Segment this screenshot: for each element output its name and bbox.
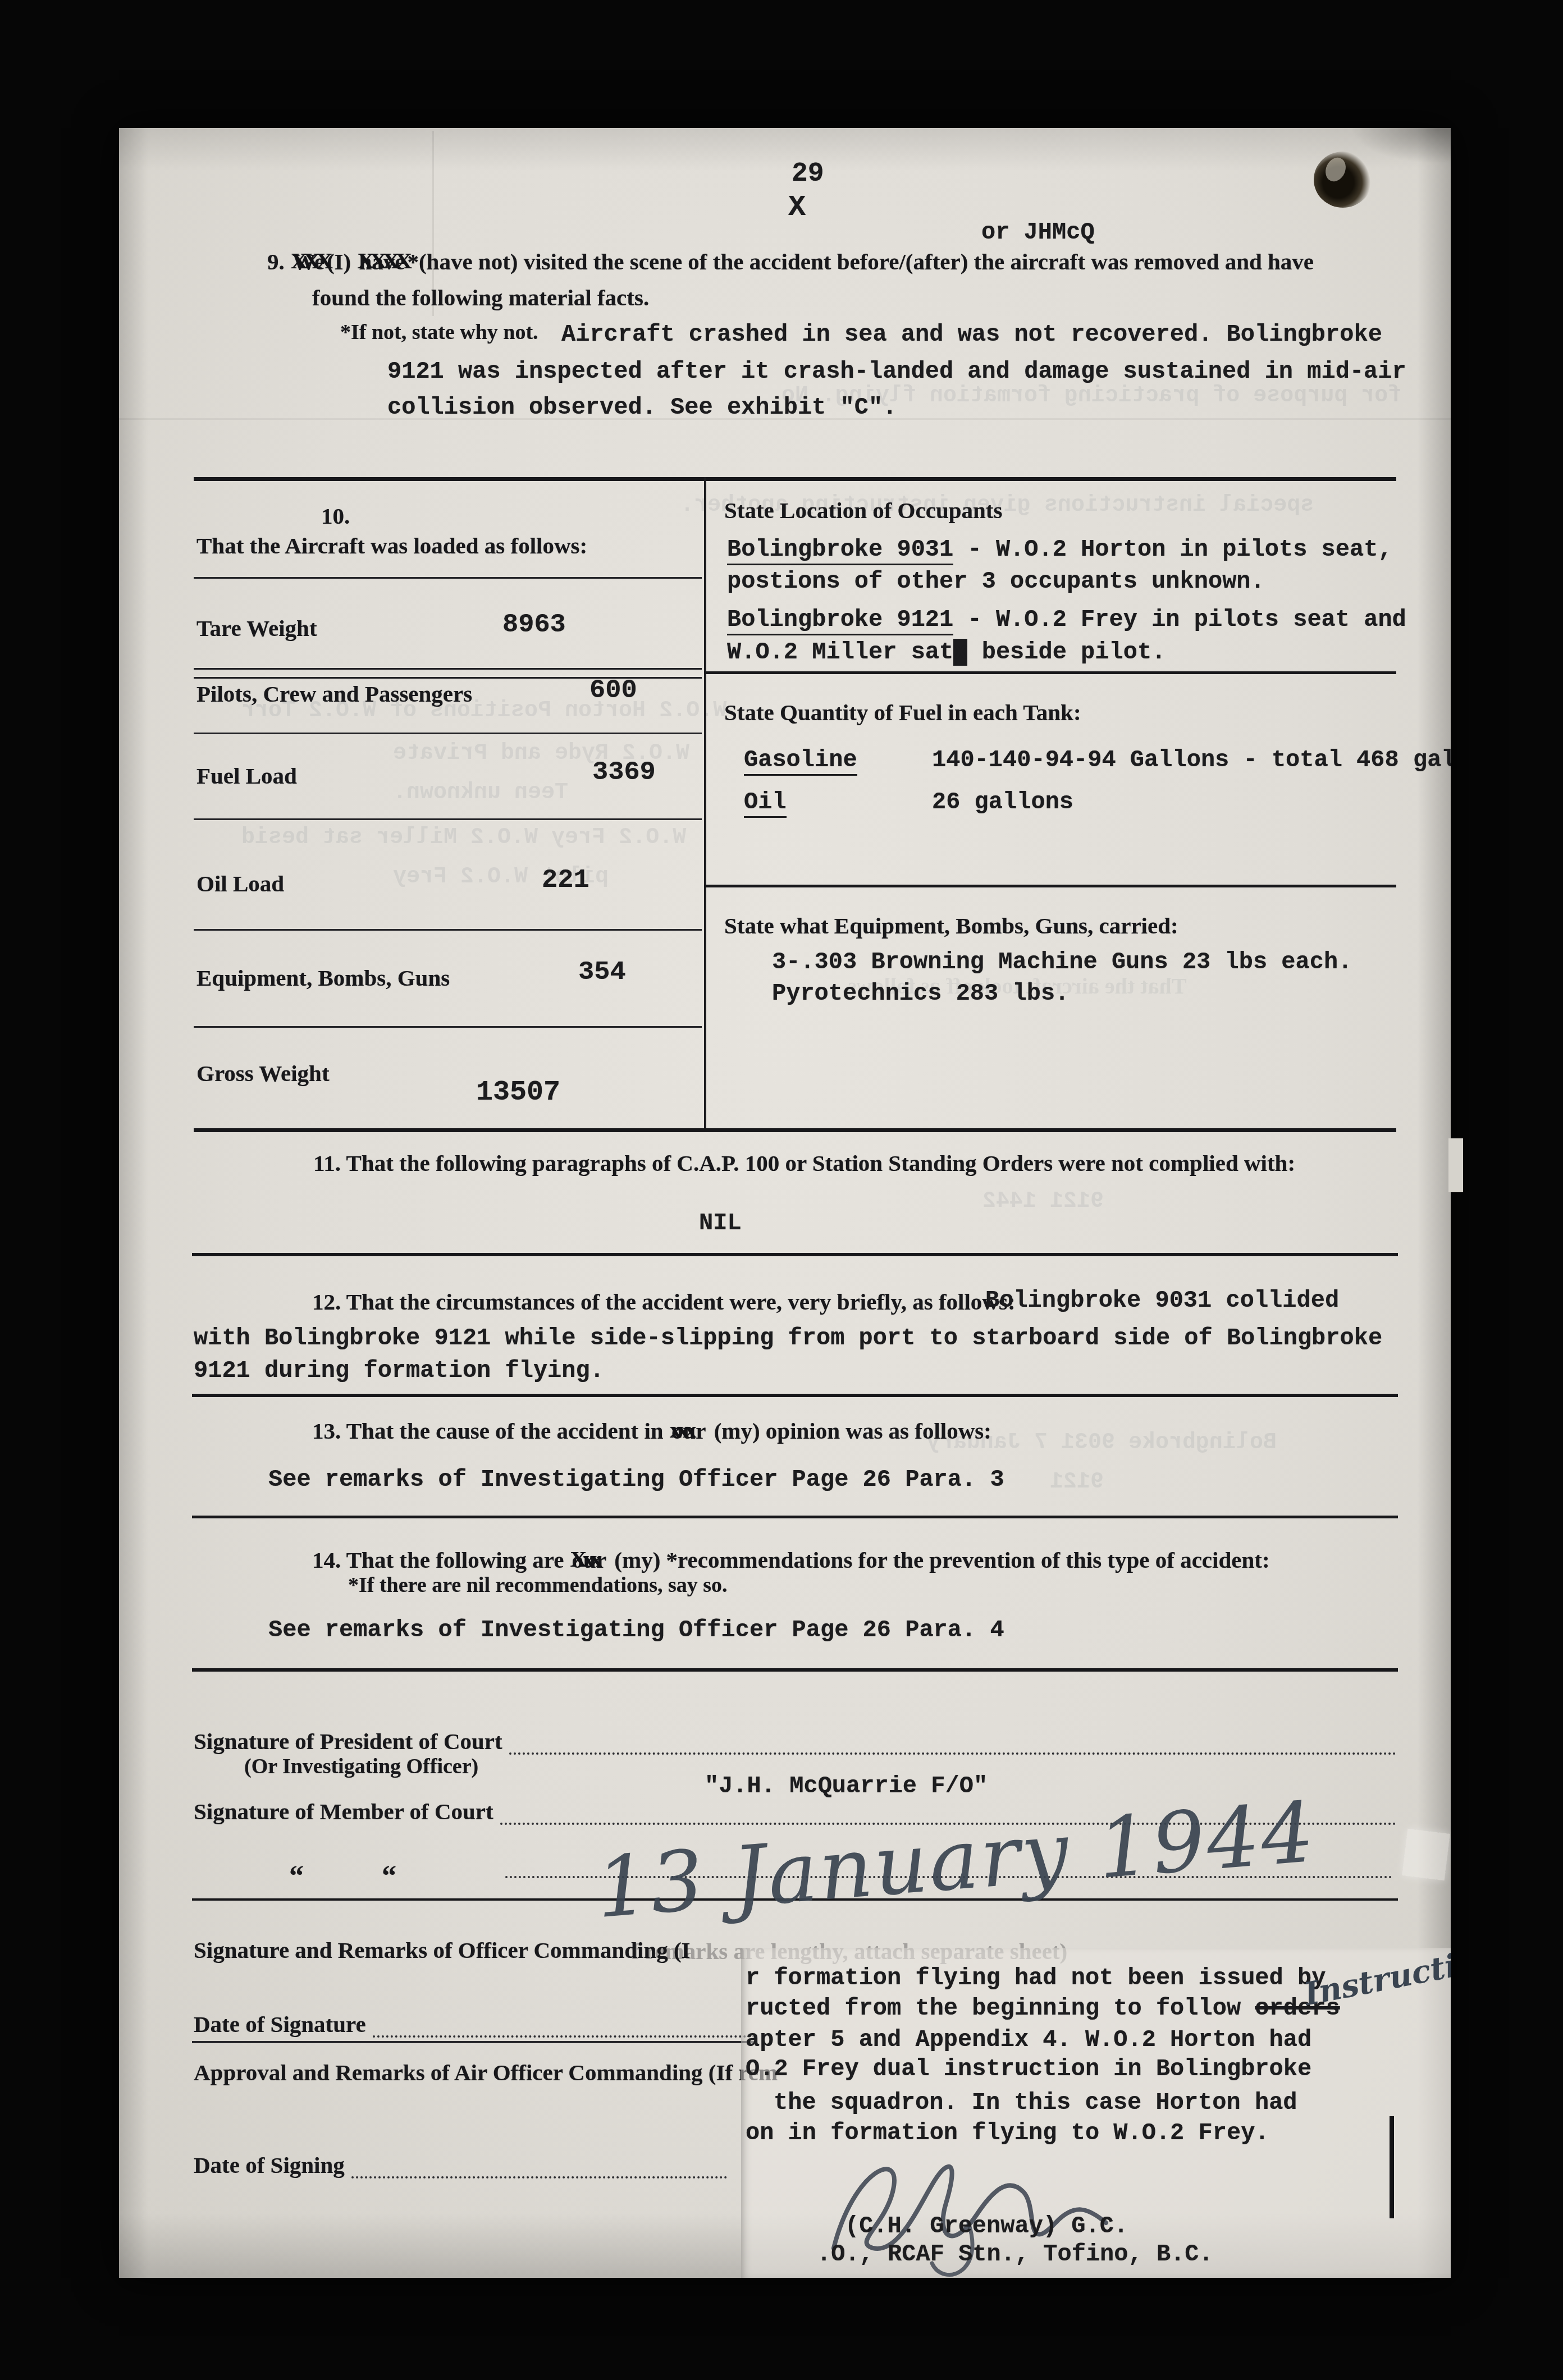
item13-answer: See remarks of Investigating Officer Pag… bbox=[268, 1466, 1004, 1493]
approval-label: Approval and Remarks of Air Officer Comm… bbox=[194, 2059, 790, 2086]
item14-answer: See remarks of Investigating Officer Pag… bbox=[268, 1617, 1004, 1644]
loading-row-value: 221 bbox=[542, 866, 589, 895]
page-edge-tab bbox=[1448, 1138, 1463, 1192]
loading-row-value: 354 bbox=[578, 958, 626, 987]
signed-name-typed: (C.H. Greenway) G.C. bbox=[845, 2213, 1128, 2240]
ditto-mark: “ bbox=[382, 1860, 396, 1893]
item12-typed-line2: with Bolingbroke 9121 while side-slippin… bbox=[194, 1325, 1382, 1352]
equipment-line2: Pyrotechnics 283 lbs. bbox=[772, 980, 1069, 1007]
item12-label: 12. That the circumstances of the accide… bbox=[312, 1288, 1016, 1315]
struck-word: haveXXXX bbox=[359, 248, 405, 275]
occupants-heading: State Location of Occupants bbox=[724, 497, 1002, 524]
date-of-signing-label: Date of Signing bbox=[194, 2152, 345, 2178]
member-signature-label: Signature of Member of Court bbox=[194, 1798, 493, 1825]
section-divider bbox=[192, 1668, 1398, 1672]
president-signature-sublabel: (Or Investigating Officer) bbox=[244, 1754, 478, 1779]
row-divider bbox=[194, 577, 702, 579]
row-divider bbox=[194, 733, 702, 734]
item9-footnote: *If not, state why not. bbox=[340, 320, 538, 345]
remarks-typed-line1: r formation flying had not been issued b… bbox=[746, 1965, 1326, 1992]
table-column-divider bbox=[704, 477, 706, 1132]
table-top-border bbox=[194, 477, 1396, 481]
item10-number: 10. bbox=[321, 502, 350, 529]
loading-row-value: 3369 bbox=[592, 758, 656, 788]
section-divider bbox=[192, 1394, 1398, 1397]
signed-unit-typed: .O., RCAF Stn., Tofino, B.C. bbox=[817, 2241, 1213, 2268]
president-signature-label: Signature of President of Court bbox=[194, 1728, 502, 1755]
item9-typed-answer-line3: collision observed. See exhibit "C". bbox=[387, 394, 897, 421]
fuel-gasoline-label: Gasoline bbox=[744, 747, 857, 774]
struck-word: ourXxx bbox=[572, 1546, 607, 1573]
loading-row-value: 13507 bbox=[476, 1077, 560, 1109]
date-of-signing-row: Date of Signing bbox=[194, 2152, 727, 2178]
item13-label: 13. That the cause of the accident in ou… bbox=[312, 1417, 991, 1444]
item14-label: 14. That the following are ourXxx (my) *… bbox=[312, 1546, 1270, 1573]
item12-typed-line1: Bolingbroke 9031 collided bbox=[985, 1287, 1339, 1314]
section-divider bbox=[192, 1516, 1398, 1518]
item9-typed-answer-line2: 9121 was inspected after it crash-landed… bbox=[387, 358, 1406, 385]
item11-answer: NIL bbox=[699, 1210, 742, 1237]
scanned-accident-report: for purpose of practicing formation flyi… bbox=[0, 0, 1563, 2380]
remarks-typed-line4: O.2 Frey dual instruction in Bolingbroke bbox=[746, 2056, 1311, 2082]
section-divider bbox=[704, 671, 1396, 674]
item9-line2: found the following material facts. bbox=[312, 284, 649, 311]
struck-word: WeXXX bbox=[293, 248, 325, 275]
item11-label: 11. That the following paragraphs of C.A… bbox=[313, 1150, 1295, 1177]
loading-row-label: Gross Weight bbox=[196, 1060, 330, 1087]
remarks-typed-line3: apter 5 and Appendix 4. W.O.2 Horton had bbox=[746, 2026, 1311, 2053]
loading-row-label: Pilots, Crew and Passengers bbox=[196, 680, 472, 707]
section-divider bbox=[192, 1253, 1398, 1256]
remarks-typed-line5: the squadron. In this case Horton had bbox=[774, 2089, 1297, 2116]
attached-remarks-slip: r formation flying had not been issued b… bbox=[741, 1948, 1451, 2278]
loading-row-label: Fuel Load bbox=[196, 762, 297, 789]
dotted-leader bbox=[351, 2171, 727, 2178]
fuel-gasoline-value: 140-140-94-94 Gallons - total 468 gallon… bbox=[932, 747, 1451, 774]
loading-row-label: Tare Weight bbox=[196, 615, 317, 642]
item12-typed-line3: 9121 during formation flying. bbox=[194, 1357, 604, 1384]
member-signature-typed-name: "J.H. McQuarrie F/O" bbox=[705, 1773, 988, 1800]
bleed-through-text: 9121 bbox=[1050, 1470, 1104, 1495]
loading-heading: That the Aircraft was loaded as follows: bbox=[196, 532, 587, 559]
bleed-through-text: Teen unknown. bbox=[393, 780, 568, 805]
item14-footnote: *If there are nil recommendations, say s… bbox=[348, 1573, 728, 1598]
loading-row-value: 600 bbox=[589, 676, 637, 706]
row-divider bbox=[194, 1026, 702, 1028]
fuel-heading: State Quantity of Fuel in each Tank: bbox=[724, 699, 1081, 726]
table-bottom-border bbox=[194, 1128, 1396, 1132]
row-divider bbox=[194, 818, 702, 820]
equipment-heading: State what Equipment, Bombs, Guns, carri… bbox=[724, 912, 1178, 939]
tape-wrinkle bbox=[1402, 1829, 1450, 1881]
left-rule bbox=[192, 2041, 756, 2043]
document-page: for purpose of practicing formation flyi… bbox=[119, 128, 1451, 2278]
equipment-line1: 3-.303 Browning Machine Guns 23 lbs each… bbox=[772, 949, 1352, 976]
bleed-through-text: W.O.2 Frey W.O.2 Miller sat besid bbox=[241, 825, 686, 850]
initials-annotation: or JHMcQ bbox=[981, 219, 1095, 246]
struck-word: ourxxx bbox=[671, 1417, 706, 1444]
section-divider bbox=[704, 885, 1396, 887]
bleed-through-text: 9121 1442 bbox=[982, 1189, 1104, 1214]
loading-row-label: Oil Load bbox=[196, 870, 284, 897]
row-divider bbox=[194, 929, 702, 931]
occupants-entry1-line1: Bolingbroke 9031 - W.O.2 Horton in pilot… bbox=[727, 536, 1392, 563]
occupants-entry2-line1: Bolingbroke 9121 - W.O.2 Frey in pilots … bbox=[727, 606, 1406, 633]
handwritten-correction: Instructions bbox=[1301, 1935, 1451, 2013]
loading-row-label: Equipment, Bombs, Guns bbox=[196, 964, 450, 991]
date-of-signature-label: Date of Signature bbox=[194, 2011, 366, 2038]
fuel-oil-value: 26 gallons bbox=[932, 789, 1073, 816]
occupants-entry1-line2: postions of other 3 occupants unknown. bbox=[727, 568, 1265, 595]
page-overstrike-mark: X bbox=[788, 191, 806, 224]
loading-row-value: 8963 bbox=[502, 610, 566, 640]
item9-line1: 9. WeXXX(I) haveXXXX*(have not) visited … bbox=[267, 248, 1314, 275]
pen-stroke-mark bbox=[1390, 2116, 1394, 2218]
ditto-mark: “ bbox=[289, 1860, 304, 1893]
officer-commanding-label: Signature and Remarks of Officer Command… bbox=[194, 1937, 691, 1964]
item9-typed-answer-line1: Aircraft crashed in sea and was not reco… bbox=[561, 321, 1382, 348]
occupants-entry2-line2: W.O.2 Miller satx beside pilot. bbox=[727, 639, 1166, 666]
remarks-typed-line2: ructed from the beginning to follow orde… bbox=[746, 1995, 1340, 2022]
president-signature-row: Signature of President of Court bbox=[194, 1728, 1396, 1755]
dotted-leader bbox=[509, 1747, 1396, 1755]
fuel-oil-label: Oil bbox=[744, 789, 787, 816]
dotted-leader bbox=[373, 2030, 755, 2038]
page-number: 29 bbox=[792, 159, 824, 189]
date-of-signature-row: Date of Signature bbox=[194, 2011, 755, 2038]
